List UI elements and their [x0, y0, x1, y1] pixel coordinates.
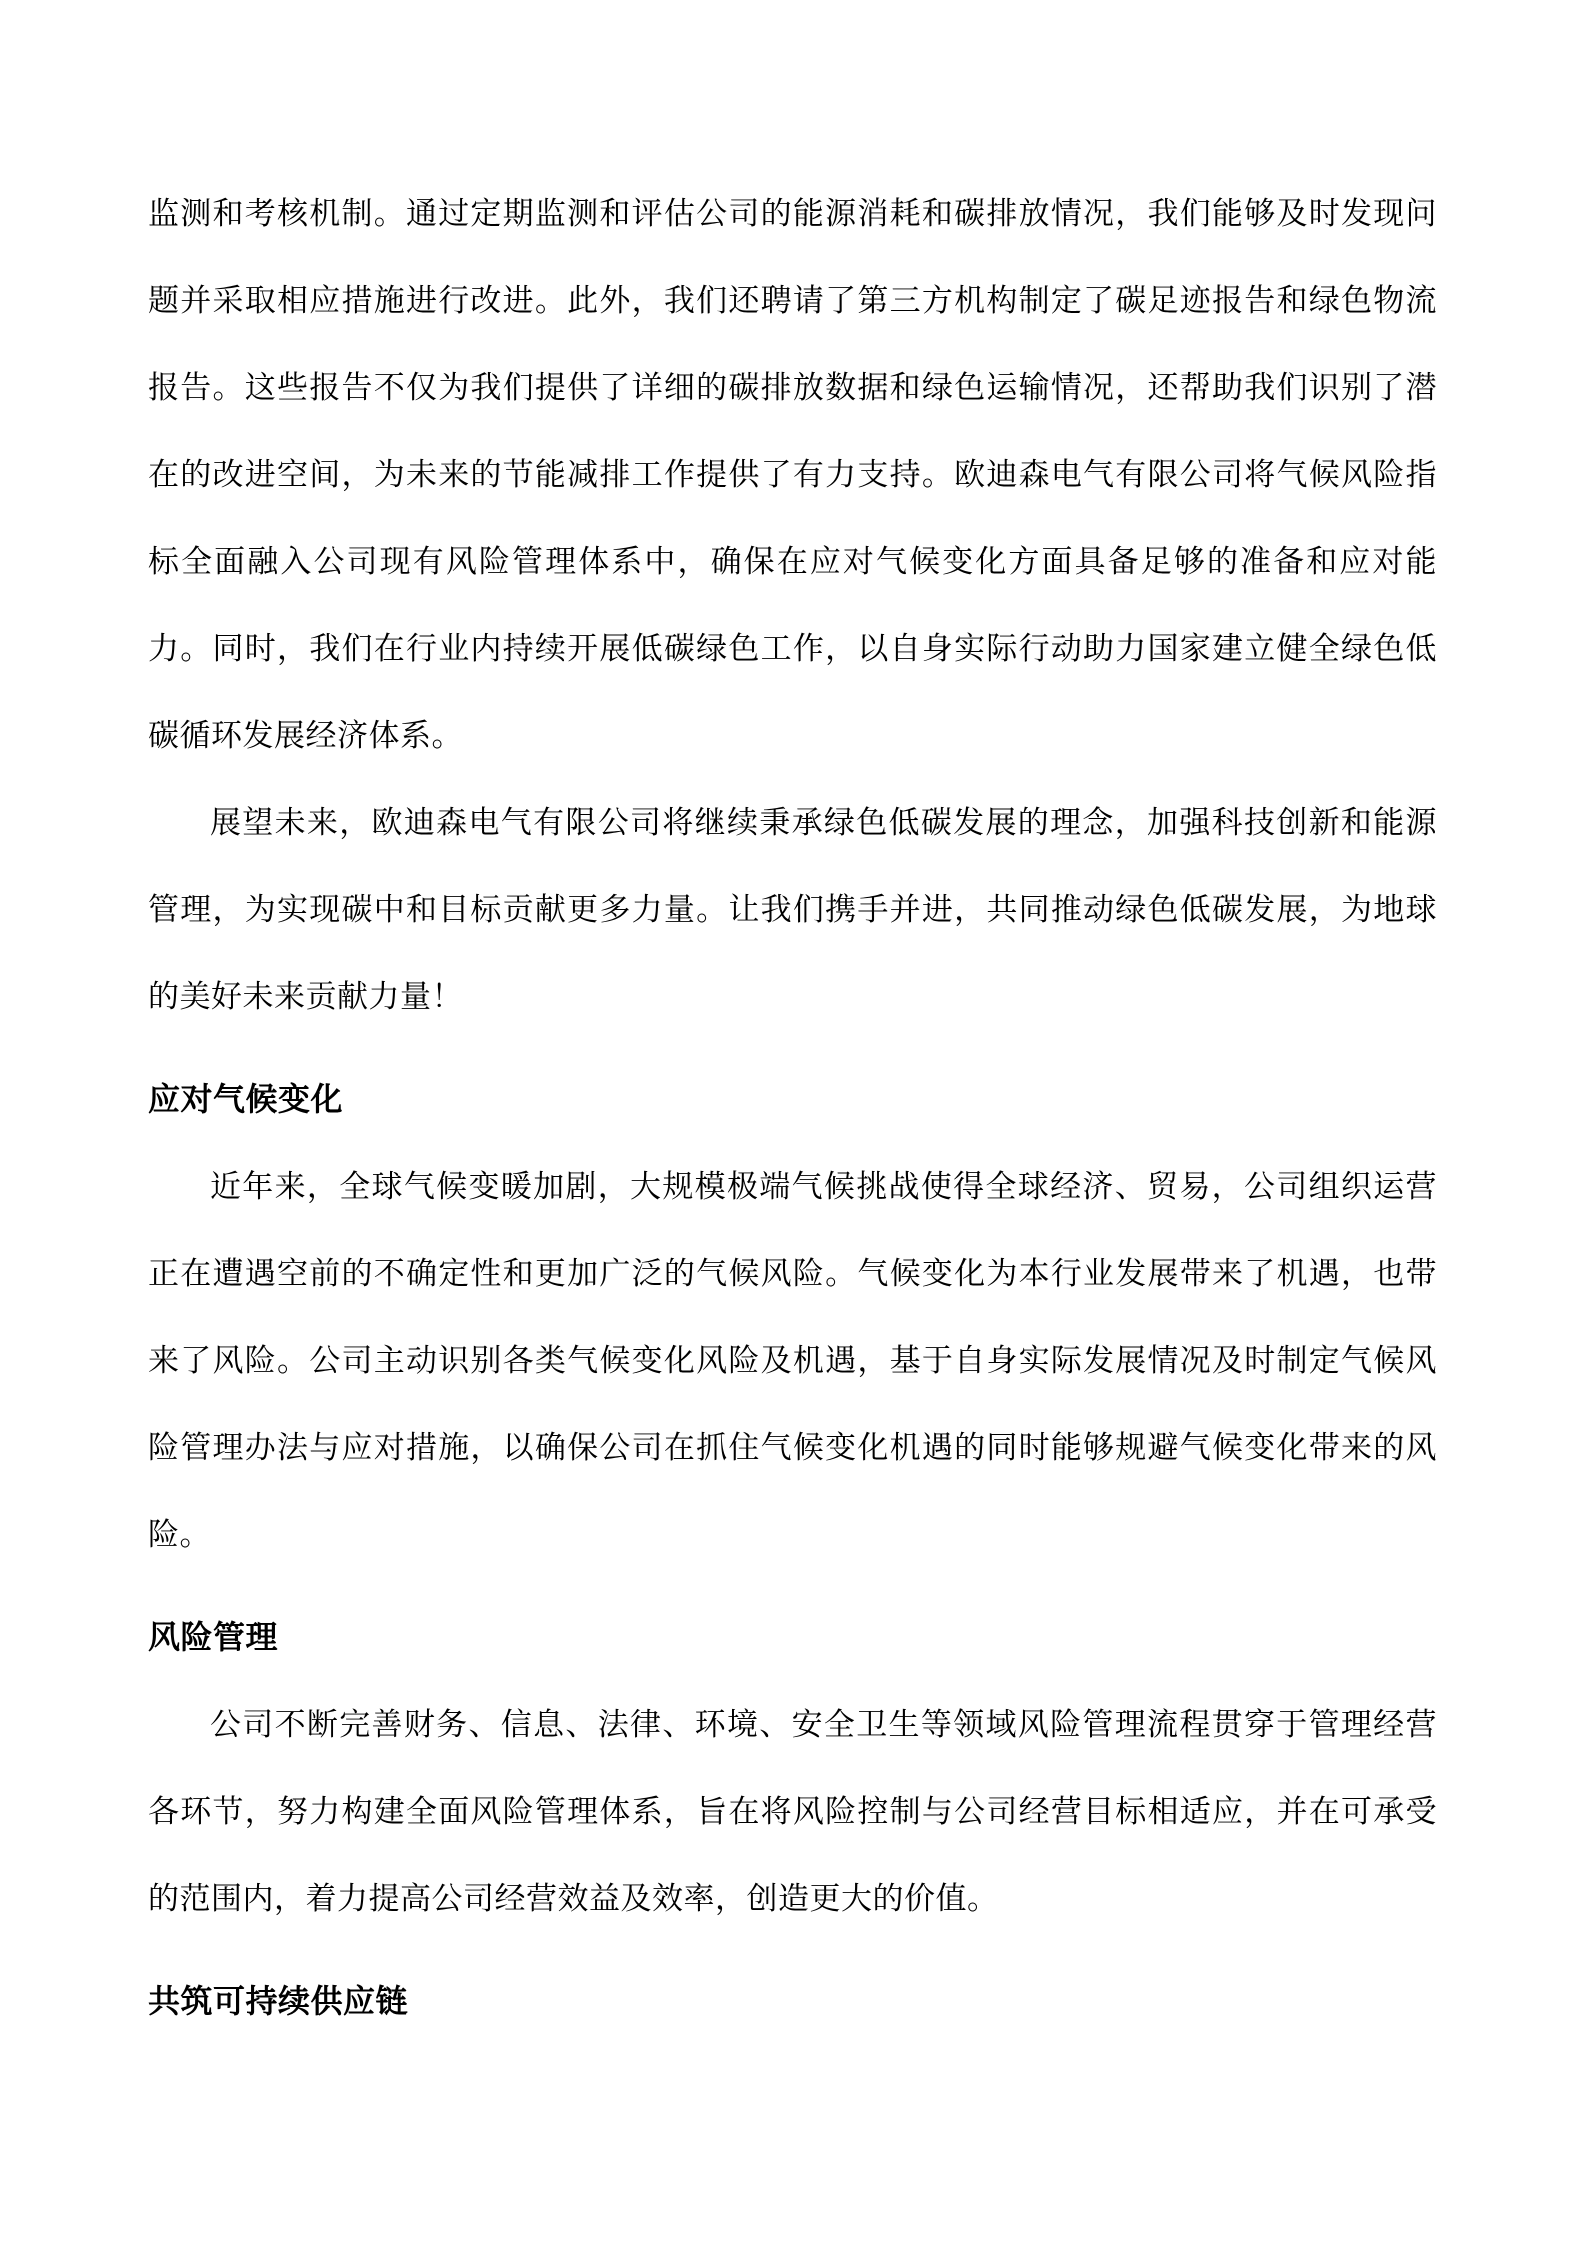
section-heading: 共筑可持续供应链 — [148, 1958, 1437, 2045]
section-heading: 应对气候变化 — [148, 1056, 1437, 1143]
body-paragraph: 展望未来，欧迪森电气有限公司将继续秉承绿色低碳发展的理念，加强科技创新和能源管理… — [148, 779, 1437, 1040]
document-page: 监测和考核机制。通过定期监测和评估公司的能源消耗和碳排放情况，我们能够及时发现问… — [0, 0, 1587, 2245]
body-paragraph: 公司不断完善财务、信息、法律、环境、安全卫生等领域风险管理流程贯穿于管理经营各环… — [148, 1681, 1437, 1942]
body-paragraph: 近年来，全球气候变暖加剧，大规模极端气候挑战使得全球经济、贸易，公司组织运营正在… — [148, 1143, 1437, 1578]
body-paragraph: 监测和考核机制。通过定期监测和评估公司的能源消耗和碳排放情况，我们能够及时发现问… — [148, 170, 1437, 779]
section-heading: 风险管理 — [148, 1594, 1437, 1681]
